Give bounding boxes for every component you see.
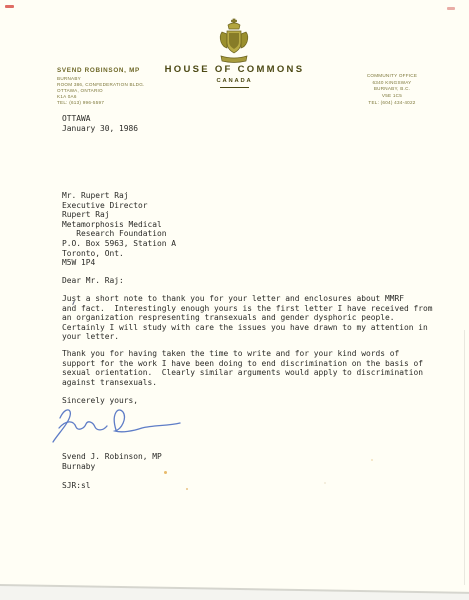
recipient-address: Mr. Rupert RajExecutive DirectorRupert R… [62, 191, 176, 268]
reference-text: SJR:sl [62, 481, 91, 491]
country-underline [220, 87, 249, 88]
text-line: COMMUNITY OFFICE [344, 73, 440, 80]
text-line: Just a short note to thank you for your … [62, 294, 433, 304]
text-line: Rupert Raj [62, 210, 176, 220]
text-line: January 30, 1986 [62, 124, 138, 134]
dateline: OTTAWAJanuary 30, 1986 [62, 114, 138, 133]
text-line: support for the work I have been doing t… [62, 359, 423, 369]
text-line: Toronto, Ont. [62, 249, 176, 259]
handwritten-signature-icon [50, 404, 188, 448]
text-line: Research Foundation [62, 229, 176, 239]
scanned-letter-page: HOUSE OF COMMONS CANADA SVEND ROBINSON, … [0, 0, 469, 600]
text-line: ROOM 386, CONFEDERATION BLDG. [57, 82, 145, 88]
salutation-text: Dear Mr. Raj: [62, 276, 124, 286]
text-line: Burnaby [62, 462, 162, 472]
text-line: BURNABY, B.C. [344, 86, 440, 93]
text-line: V5E 1C5 [344, 93, 440, 100]
text-line: 6340 KINGSWAY [344, 80, 440, 87]
text-line: sexual orientation. Clearly similar argu… [62, 368, 423, 378]
text-line: Certainly I will study with care the iss… [62, 323, 433, 333]
paper-edge-right [464, 330, 465, 585]
text-line: and fact. Interestingly enough yours is … [62, 304, 433, 314]
reference-initials: SJR:sl [62, 481, 91, 491]
paper-stain [186, 488, 188, 490]
text-line: Mr. Rupert Raj [62, 191, 176, 201]
salutation: Dear Mr. Raj: [62, 276, 124, 286]
text-line: M5W 1P4 [62, 258, 176, 268]
text-line: TEL: (613) 996-5597 [57, 100, 145, 106]
mp-name: SVEND ROBINSON, MP [57, 67, 145, 74]
text-line: Thank you for having taken the time to w… [62, 349, 423, 359]
text-line: Metamorphosis Medical [62, 220, 176, 230]
text-line: Svend J. Robinson, MP [62, 452, 162, 462]
community-office-block: COMMUNITY OFFICE6340 KINGSWAYBURNABY, B.… [344, 73, 440, 107]
signer-block: Svend J. Robinson, MPBurnaby [62, 452, 162, 471]
text-line: your letter. [62, 332, 433, 342]
community-office-address: COMMUNITY OFFICE6340 KINGSWAYBURNABY, B.… [344, 73, 440, 107]
text-line: P.O. Box 5963, Station A [62, 239, 176, 249]
paper-stain [164, 471, 167, 474]
paper-stain [324, 482, 326, 484]
text-line: an organization respresenting transexual… [62, 313, 433, 323]
text-line: OTTAWA [62, 114, 138, 124]
red-corner-mark-right [447, 7, 455, 10]
text-line: Executive Director [62, 201, 176, 211]
parliament-office-block: SVEND ROBINSON, MP BURNABYROOM 386, CONF… [57, 67, 145, 106]
letter-paper: HOUSE OF COMMONS CANADA SVEND ROBINSON, … [0, 0, 469, 600]
canada-coat-of-arms-icon [218, 18, 250, 64]
text-line: against transexuals. [62, 378, 423, 388]
paper-stain [371, 459, 373, 461]
text-line: TEL: (604) 434-4022 [344, 100, 440, 107]
parliament-office-address: BURNABYROOM 386, CONFEDERATION BLDG.OTTA… [57, 76, 145, 106]
body-paragraph-1: Just a short note to thank you for your … [62, 294, 433, 342]
red-corner-mark-left [5, 5, 14, 8]
body-paragraph-2: Thank you for having taken the time to w… [62, 349, 423, 387]
